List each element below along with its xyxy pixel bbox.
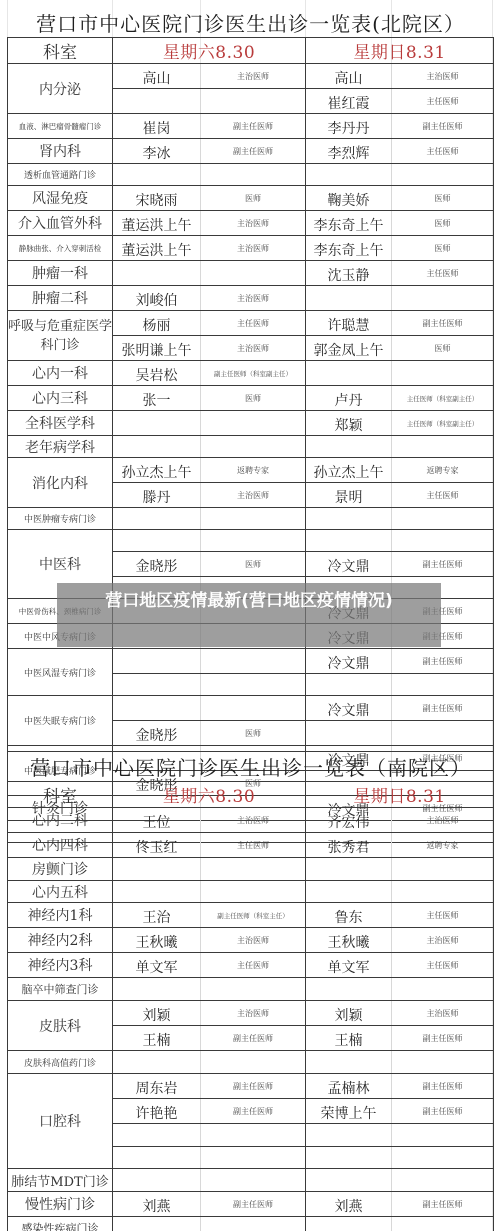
sunday-doctor-name bbox=[306, 674, 392, 696]
sunday-doctor-name: 孙立杰上午 bbox=[306, 458, 392, 483]
saturday-doctor-rank: 主治医师 bbox=[201, 483, 306, 508]
saturday-doctor-name bbox=[113, 649, 201, 674]
table-row: 消化内科孙立杰上午返聘专家孙立杰上午返聘专家 bbox=[8, 458, 494, 483]
sunday-doctor-rank: 主治医师 bbox=[392, 808, 494, 833]
sunday-doctor-rank: 副主任医师 bbox=[392, 649, 494, 674]
saturday-doctor-rank bbox=[201, 530, 306, 552]
saturday-doctor-rank bbox=[201, 508, 306, 530]
saturday-doctor-name: 刘峻伯 bbox=[113, 286, 201, 311]
sunday-doctor-rank: 副主任医师 bbox=[392, 311, 494, 336]
table-row: 介入血管外科董运洪上午主治医师李东奇上午医师 bbox=[8, 211, 494, 236]
sunday-doctor-name bbox=[306, 881, 392, 903]
saturday-doctor-name bbox=[113, 978, 201, 1001]
saturday-doctor-rank: 主任医师 bbox=[201, 311, 306, 336]
table-row: 中医失眠专病门诊冷文鼎副主任医师 bbox=[8, 696, 494, 721]
department-cell: 心内三科 bbox=[8, 386, 113, 411]
saturday-doctor-rank: 主任医师 bbox=[201, 953, 306, 978]
table-row: 透析血管通路门诊 bbox=[8, 164, 494, 186]
table-row: 慢性病门诊刘燕副主任医师刘燕副主任医师 bbox=[8, 1192, 494, 1217]
table-row: 房颤门诊 bbox=[8, 858, 494, 881]
north-title: 营口市中心医院门诊医生出诊一览表(北院区） bbox=[8, 8, 494, 38]
saturday-doctor-name: 杨丽 bbox=[113, 311, 201, 336]
saturday-doctor-rank bbox=[201, 858, 306, 881]
sunday-doctor-name bbox=[306, 508, 392, 530]
saturday-doctor-rank: 主治医师 bbox=[201, 64, 306, 89]
saturday-doctor-rank: 医师 bbox=[201, 552, 306, 577]
sunday-doctor-name: 崔红霞 bbox=[306, 89, 392, 114]
sunday-doctor-name: 孟楠林 bbox=[306, 1074, 392, 1099]
saturday-doctor-name bbox=[113, 881, 201, 903]
saturday-doctor-rank: 医师 bbox=[201, 721, 306, 746]
sunday-doctor-name bbox=[306, 858, 392, 881]
sunday-doctor-name: 景明 bbox=[306, 483, 392, 508]
saturday-doctor-name bbox=[113, 1124, 201, 1147]
sunday-doctor-rank: 副主任医师 bbox=[392, 1074, 494, 1099]
department-cell: 神经内1科 bbox=[8, 903, 113, 928]
sunday-doctor-rank: 返聘专家 bbox=[392, 458, 494, 483]
sunday-doctor-rank: 主任医师（科室副主任） bbox=[392, 386, 494, 411]
department-cell: 全科医学科 bbox=[8, 411, 113, 436]
table-row: 血液、淋巴瘤骨髓瘤门诊崔岗副主任医师李丹丹副主任医师 bbox=[8, 114, 494, 139]
table-row: 静脉曲张、介入穿刺活检董运洪上午主治医师李东奇上午医师 bbox=[8, 236, 494, 261]
sunday-doctor-rank: 主治医师 bbox=[392, 1001, 494, 1026]
header-sunday: 星期日8.31 bbox=[306, 38, 494, 64]
saturday-doctor-rank: 主治医师 bbox=[201, 236, 306, 261]
department-cell: 心内二科 bbox=[8, 808, 113, 833]
department-cell: 心内一科 bbox=[8, 361, 113, 386]
sunday-doctor-rank: 主任医师 bbox=[392, 89, 494, 114]
table-row: 中医风湿专病门诊冷文鼎副主任医师 bbox=[8, 649, 494, 674]
sunday-doctor-name: 刘燕 bbox=[306, 1192, 392, 1217]
table-row: 心内五科 bbox=[8, 881, 494, 903]
department-cell: 消化内科 bbox=[8, 458, 113, 508]
saturday-doctor-name: 刘燕 bbox=[113, 1192, 201, 1217]
sunday-doctor-rank: 主任医师 bbox=[392, 139, 494, 164]
sunday-doctor-rank bbox=[392, 530, 494, 552]
department-cell: 内分泌 bbox=[8, 64, 113, 114]
saturday-doctor-name: 董运洪上午 bbox=[113, 211, 201, 236]
table-row: 老年病学科 bbox=[8, 436, 494, 458]
table-row: 心内一科吴岩松副主任医师（科室副主任） bbox=[8, 361, 494, 386]
department-cell: 静脉曲张、介入穿刺活检 bbox=[8, 236, 113, 261]
saturday-doctor-rank: 主治医师 bbox=[201, 211, 306, 236]
saturday-doctor-rank: 副主任医师 bbox=[201, 1099, 306, 1124]
sunday-doctor-rank: 副主任医师 bbox=[392, 1192, 494, 1217]
sunday-doctor-rank bbox=[392, 1169, 494, 1192]
sunday-doctor-rank bbox=[392, 436, 494, 458]
table-row: 神经内2科王秋曦主治医师王秋曦主治医师 bbox=[8, 928, 494, 953]
saturday-doctor-rank bbox=[201, 1051, 306, 1074]
sunday-doctor-name: 冷文鼎 bbox=[306, 552, 392, 577]
saturday-doctor-name: 王位 bbox=[113, 808, 201, 833]
south-title: 营口市中心医院门诊医生出诊一览表（南院区） bbox=[8, 752, 494, 782]
department-cell: 皮肤科 bbox=[8, 1001, 113, 1051]
saturday-doctor-name: 金晓彤 bbox=[113, 552, 201, 577]
table-row: 肿瘤二科刘峻伯主治医师 bbox=[8, 286, 494, 311]
saturday-doctor-rank: 主治医师 bbox=[201, 928, 306, 953]
sunday-doctor-rank bbox=[392, 858, 494, 881]
department-cell: 心内五科 bbox=[8, 881, 113, 903]
sunday-doctor-rank: 返聘专家 bbox=[392, 833, 494, 858]
saturday-doctor-rank: 主任医师 bbox=[201, 833, 306, 858]
saturday-doctor-name: 孙立杰上午 bbox=[113, 458, 201, 483]
saturday-doctor-rank bbox=[201, 261, 306, 286]
sunday-doctor-name bbox=[306, 436, 392, 458]
saturday-doctor-rank bbox=[201, 1124, 306, 1147]
saturday-doctor-name bbox=[113, 1169, 201, 1192]
department-cell: 透析血管通路门诊 bbox=[8, 164, 113, 186]
schedule-sheet: 营口市中心医院门诊医生出诊一览表(北院区） 科室 星期六8.30 星期日8.31… bbox=[0, 0, 500, 1231]
table-row: 肿瘤一科沈玉静主任医师 bbox=[8, 261, 494, 286]
sunday-doctor-name: 卢丹 bbox=[306, 386, 392, 411]
sunday-doctor-rank: 主任医师 bbox=[392, 903, 494, 928]
department-cell: 感染性疾病门诊 bbox=[8, 1217, 113, 1231]
saturday-doctor-name: 高山 bbox=[113, 64, 201, 89]
sunday-doctor-name: 王秋曦 bbox=[306, 928, 392, 953]
saturday-doctor-rank bbox=[201, 436, 306, 458]
sunday-doctor-rank: 副主任医师 bbox=[392, 114, 494, 139]
sunday-doctor-rank bbox=[392, 674, 494, 696]
sunday-doctor-name bbox=[306, 721, 392, 746]
table-row: 呼吸与危重症医学科门诊杨丽主任医师许聪慧副主任医师 bbox=[8, 311, 494, 336]
sunday-doctor-name: 许聪慧 bbox=[306, 311, 392, 336]
header-saturday: 星期六8.30 bbox=[113, 782, 306, 808]
saturday-doctor-name: 单文军 bbox=[113, 953, 201, 978]
sunday-doctor-rank bbox=[392, 881, 494, 903]
sunday-doctor-rank: 副主任医师 bbox=[392, 696, 494, 721]
department-cell: 中医肿瘤专病门诊 bbox=[8, 508, 113, 530]
saturday-doctor-name bbox=[113, 1051, 201, 1074]
saturday-doctor-name bbox=[113, 508, 201, 530]
sunday-doctor-name bbox=[306, 978, 392, 1001]
sunday-doctor-rank bbox=[392, 1147, 494, 1169]
department-cell: 风湿免疫 bbox=[8, 186, 113, 211]
table-row: 神经内3科单文军主任医师单文军主任医师 bbox=[8, 953, 494, 978]
table-row: 内分泌高山主治医师高山主治医师 bbox=[8, 64, 494, 89]
sunday-doctor-rank bbox=[392, 1051, 494, 1074]
sunday-doctor-name bbox=[306, 1124, 392, 1147]
sunday-doctor-rank: 主任医师 bbox=[392, 953, 494, 978]
saturday-doctor-name: 佟玉红 bbox=[113, 833, 201, 858]
sunday-doctor-name bbox=[306, 1147, 392, 1169]
saturday-doctor-name: 刘颖 bbox=[113, 1001, 201, 1026]
saturday-doctor-name: 吴岩松 bbox=[113, 361, 201, 386]
sunday-doctor-rank: 主任医师 bbox=[392, 483, 494, 508]
saturday-doctor-name bbox=[113, 261, 201, 286]
saturday-doctor-rank: 返聘专家 bbox=[201, 458, 306, 483]
sunday-doctor-name: 王楠 bbox=[306, 1026, 392, 1051]
table-row: 中医肿瘤专病门诊 bbox=[8, 508, 494, 530]
sunday-doctor-rank bbox=[392, 286, 494, 311]
sunday-doctor-rank: 主任医师（科室副主任） bbox=[392, 411, 494, 436]
sunday-doctor-rank bbox=[392, 508, 494, 530]
sunday-doctor-rank bbox=[392, 361, 494, 386]
department-cell: 老年病学科 bbox=[8, 436, 113, 458]
department-cell: 肺结节MDT门诊 bbox=[8, 1169, 113, 1192]
saturday-doctor-rank bbox=[201, 881, 306, 903]
sunday-doctor-rank: 副主任医师 bbox=[392, 552, 494, 577]
saturday-doctor-rank bbox=[201, 1147, 306, 1169]
saturday-doctor-name bbox=[113, 436, 201, 458]
saturday-doctor-rank bbox=[201, 649, 306, 674]
sunday-doctor-rank: 主治医师 bbox=[392, 64, 494, 89]
department-cell: 介入血管外科 bbox=[8, 211, 113, 236]
department-cell: 心内四科 bbox=[8, 833, 113, 858]
table-row: 肺结节MDT门诊 bbox=[8, 1169, 494, 1192]
saturday-doctor-rank: 副主任医师（科室主任） bbox=[201, 903, 306, 928]
saturday-doctor-rank: 副主任医师 bbox=[201, 139, 306, 164]
sunday-doctor-name: 李丹丹 bbox=[306, 114, 392, 139]
sunday-doctor-rank bbox=[392, 1124, 494, 1147]
sunday-doctor-name bbox=[306, 1217, 392, 1231]
table-row: 心内四科佟玉红主任医师张秀君返聘专家 bbox=[8, 833, 494, 858]
header-sunday: 星期日8.31 bbox=[306, 782, 494, 808]
saturday-doctor-rank: 副主任医师 bbox=[201, 1192, 306, 1217]
sunday-doctor-name: 张秀君 bbox=[306, 833, 392, 858]
department-cell: 脑卒中筛查门诊 bbox=[8, 978, 113, 1001]
table-row: 风湿免疫宋晓雨医师鞠美娇医师 bbox=[8, 186, 494, 211]
table-row: 全科医学科郑颖主任医师（科室副主任） bbox=[8, 411, 494, 436]
saturday-doctor-rank bbox=[201, 1217, 306, 1231]
sunday-doctor-name: 李烈辉 bbox=[306, 139, 392, 164]
saturday-doctor-name: 董运洪上午 bbox=[113, 236, 201, 261]
department-cell: 中医风湿专病门诊 bbox=[8, 649, 113, 696]
saturday-doctor-name: 李冰 bbox=[113, 139, 201, 164]
south-schedule-table: 营口市中心医院门诊医生出诊一览表（南院区） 科室 星期六8.30 星期日8.31… bbox=[7, 751, 494, 1231]
table-row: 感染性疾病门诊 bbox=[8, 1217, 494, 1231]
saturday-doctor-name bbox=[113, 411, 201, 436]
department-cell: 神经内3科 bbox=[8, 953, 113, 978]
department-cell: 中医失眠专病门诊 bbox=[8, 696, 113, 746]
saturday-doctor-name: 周东岩 bbox=[113, 1074, 201, 1099]
department-cell: 神经内2科 bbox=[8, 928, 113, 953]
table-row: 心内二科王位主治医师齐宏伟主治医师 bbox=[8, 808, 494, 833]
saturday-doctor-name: 王秋曦 bbox=[113, 928, 201, 953]
sunday-doctor-name bbox=[306, 530, 392, 552]
sunday-doctor-name: 鲁东 bbox=[306, 903, 392, 928]
header-saturday: 星期六8.30 bbox=[113, 38, 306, 64]
sunday-doctor-name: 单文军 bbox=[306, 953, 392, 978]
sunday-doctor-rank bbox=[392, 1217, 494, 1231]
saturday-doctor-rank: 医师 bbox=[201, 186, 306, 211]
table-row: 神经内1科王治副主任医师（科室主任）鲁东主任医师 bbox=[8, 903, 494, 928]
header-dept: 科室 bbox=[8, 38, 113, 64]
department-cell: 肿瘤一科 bbox=[8, 261, 113, 286]
sunday-doctor-name bbox=[306, 164, 392, 186]
saturday-doctor-name: 金晓彤 bbox=[113, 721, 201, 746]
sunday-doctor-name bbox=[306, 1051, 392, 1074]
saturday-doctor-rank: 医师 bbox=[201, 386, 306, 411]
sunday-doctor-name: 刘颖 bbox=[306, 1001, 392, 1026]
saturday-doctor-name bbox=[113, 164, 201, 186]
sunday-doctor-name bbox=[306, 361, 392, 386]
saturday-doctor-name: 许艳艳 bbox=[113, 1099, 201, 1124]
sunday-doctor-name: 李东奇上午 bbox=[306, 211, 392, 236]
department-cell: 血液、淋巴瘤骨髓瘤门诊 bbox=[8, 114, 113, 139]
saturday-doctor-rank: 副主任医师 bbox=[201, 1026, 306, 1051]
saturday-doctor-rank bbox=[201, 89, 306, 114]
sunday-doctor-name: 郭金凤上午 bbox=[306, 336, 392, 361]
saturday-doctor-rank bbox=[201, 1169, 306, 1192]
sunday-doctor-rank: 医师 bbox=[392, 236, 494, 261]
sunday-doctor-rank: 医师 bbox=[392, 336, 494, 361]
sunday-doctor-rank bbox=[392, 978, 494, 1001]
sunday-doctor-rank: 主任医师 bbox=[392, 261, 494, 286]
saturday-doctor-name bbox=[113, 674, 201, 696]
saturday-doctor-name bbox=[113, 530, 201, 552]
sunday-doctor-name: 李东奇上午 bbox=[306, 236, 392, 261]
saturday-doctor-name: 张明谦上午 bbox=[113, 336, 201, 361]
sunday-doctor-rank: 主治医师 bbox=[392, 928, 494, 953]
sunday-doctor-name: 沈玉静 bbox=[306, 261, 392, 286]
saturday-doctor-name bbox=[113, 1147, 201, 1169]
sunday-doctor-rank bbox=[392, 721, 494, 746]
table-row: 脑卒中筛查门诊 bbox=[8, 978, 494, 1001]
sunday-doctor-name: 高山 bbox=[306, 64, 392, 89]
saturday-doctor-rank: 主治医师 bbox=[201, 336, 306, 361]
department-cell: 呼吸与危重症医学科门诊 bbox=[8, 311, 113, 361]
table-row: 皮肤科刘颖主治医师刘颖主治医师 bbox=[8, 1001, 494, 1026]
saturday-doctor-rank: 副主任医师（科室副主任） bbox=[201, 361, 306, 386]
saturday-doctor-rank: 副主任医师 bbox=[201, 1074, 306, 1099]
sunday-doctor-name: 荣博上午 bbox=[306, 1099, 392, 1124]
saturday-doctor-name: 王治 bbox=[113, 903, 201, 928]
saturday-doctor-rank bbox=[201, 411, 306, 436]
department-cell: 慢性病门诊 bbox=[8, 1192, 113, 1217]
saturday-doctor-name bbox=[113, 89, 201, 114]
saturday-doctor-name: 宋晓雨 bbox=[113, 186, 201, 211]
saturday-doctor-name bbox=[113, 696, 201, 721]
sunday-doctor-name: 鞠美娇 bbox=[306, 186, 392, 211]
saturday-doctor-name bbox=[113, 858, 201, 881]
department-cell: 口腔科 bbox=[8, 1074, 113, 1169]
sunday-doctor-name: 冷文鼎 bbox=[306, 649, 392, 674]
sunday-doctor-rank: 副主任医师 bbox=[392, 1026, 494, 1051]
table-row: 口腔科周东岩副主任医师孟楠林副主任医师 bbox=[8, 1074, 494, 1099]
department-cell: 肾内科 bbox=[8, 139, 113, 164]
sunday-doctor-name: 齐宏伟 bbox=[306, 808, 392, 833]
saturday-doctor-rank bbox=[201, 164, 306, 186]
north-schedule-table: 营口市中心医院门诊医生出诊一览表(北院区） 科室 星期六8.30 星期日8.31… bbox=[7, 8, 494, 843]
table-row: 心内三科张一医师卢丹主任医师（科室副主任） bbox=[8, 386, 494, 411]
sunday-doctor-rank: 医师 bbox=[392, 211, 494, 236]
department-cell: 皮肤科高值药门诊 bbox=[8, 1051, 113, 1074]
saturday-doctor-name: 滕丹 bbox=[113, 483, 201, 508]
sunday-doctor-rank bbox=[392, 164, 494, 186]
table-row: 皮肤科高值药门诊 bbox=[8, 1051, 494, 1074]
saturday-doctor-rank bbox=[201, 696, 306, 721]
saturday-doctor-name: 张一 bbox=[113, 386, 201, 411]
sunday-doctor-name bbox=[306, 1169, 392, 1192]
sunday-doctor-name bbox=[306, 286, 392, 311]
table-row: 肾内科李冰副主任医师李烈辉主任医师 bbox=[8, 139, 494, 164]
sunday-doctor-name: 郑颖 bbox=[306, 411, 392, 436]
saturday-doctor-name bbox=[113, 1217, 201, 1231]
table-row: 中医科 bbox=[8, 530, 494, 552]
sunday-doctor-name: 冷文鼎 bbox=[306, 696, 392, 721]
saturday-doctor-rank: 主治医师 bbox=[201, 808, 306, 833]
saturday-doctor-rank bbox=[201, 978, 306, 1001]
sunday-doctor-rank: 医师 bbox=[392, 186, 494, 211]
header-dept: 科室 bbox=[8, 782, 113, 808]
saturday-doctor-name: 崔岗 bbox=[113, 114, 201, 139]
sunday-doctor-rank: 副主任医师 bbox=[392, 1099, 494, 1124]
department-cell: 肿瘤二科 bbox=[8, 286, 113, 311]
saturday-doctor-rank: 主治医师 bbox=[201, 1001, 306, 1026]
saturday-doctor-rank bbox=[201, 674, 306, 696]
saturday-doctor-rank: 主治医师 bbox=[201, 286, 306, 311]
saturday-doctor-rank: 副主任医师 bbox=[201, 114, 306, 139]
department-cell: 房颤门诊 bbox=[8, 858, 113, 881]
caption-overlay: 营口地区疫情最新(营口地区疫情情况) bbox=[57, 583, 441, 647]
saturday-doctor-name: 王楠 bbox=[113, 1026, 201, 1051]
